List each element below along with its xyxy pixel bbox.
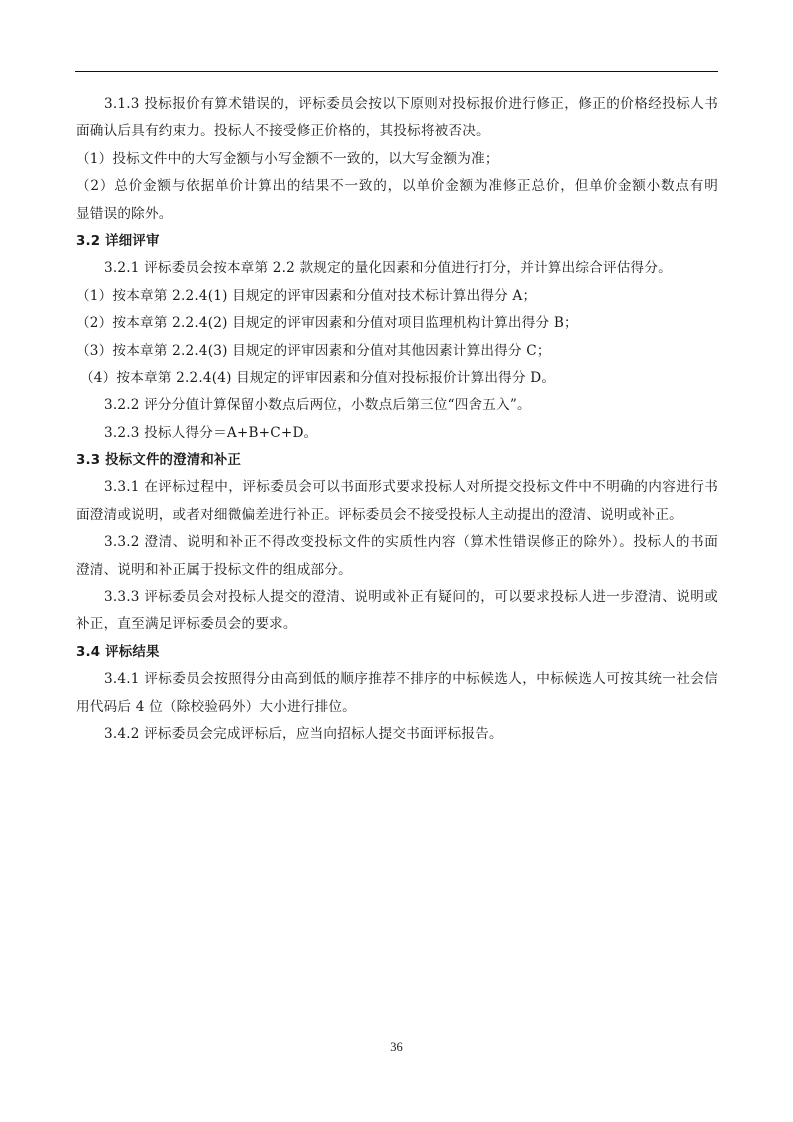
paragraph-3-2-3: 3.2.3 投标人得分＝A+B+C+D。 <box>76 420 718 447</box>
paragraph-3-1-3-line-1: 3.1.3 投标报价有算术错误的，评标委员会按以下原则对投标报价进行修正，修正的… <box>76 91 718 118</box>
section-heading-3-2: 3.2 详细评审 <box>76 228 718 255</box>
paragraph-3-3-3-line-1: 3.3.3 评标委员会对投标人提交的澄清、说明或补正有疑问的，可以要求投标人进一… <box>76 584 718 611</box>
list-item-score-a: （1）按本章第 2.2.4(1) 目规定的评审因素和分值对技术标计算出得分 A； <box>76 283 718 310</box>
list-item-2-line-2: 显错误的除外。 <box>76 201 718 228</box>
paragraph-3-4-1-line-2: 用代码后 4 位（除校验码外）大小进行排位。 <box>76 694 718 721</box>
paragraph-3-3-3-line-2: 补正，直至满足评标委员会的要求。 <box>76 611 718 638</box>
section-3-2: 3.2 详细评审 3.2.1 评标委员会按本章第 2.2 款规定的量化因素和分值… <box>76 228 718 447</box>
paragraph-3-4-1-line-1: 3.4.1 评标委员会按照得分由高到低的顺序推荐不排序的中标候选人，中标候选人可… <box>76 666 718 693</box>
section-3-3: 3.3 投标文件的澄清和补正 3.3.1 在评标过程中，评标委员会可以书面形式要… <box>76 447 718 639</box>
page-number: 36 <box>0 1040 793 1055</box>
list-item-2-line-1: （2）总价金额与依据单价计算出的结果不一致的，以单价金额为准修正总价，但单价金额… <box>76 173 718 200</box>
section-3-1-3: 3.1.3 投标报价有算术错误的，评标委员会按以下原则对投标报价进行修正，修正的… <box>76 91 718 228</box>
paragraph-3-3-1-line-2: 面澄清或说明，或者对细微偏差进行补正。评标委员会不接受投标人主动提出的澄清、说明… <box>76 502 718 529</box>
section-heading-3-3: 3.3 投标文件的澄清和补正 <box>76 447 718 474</box>
document-body: 3.1.3 投标报价有算术错误的，评标委员会按以下原则对投标报价进行修正，修正的… <box>76 91 718 748</box>
list-item-score-c: （3）按本章第 2.2.4(3) 目规定的评审因素和分值对其他因素计算出得分 C… <box>76 338 718 365</box>
paragraph-3-2-2: 3.2.2 评分分值计算保留小数点后两位，小数点后第三位“四舍五入”。 <box>76 392 718 419</box>
list-item-1: （1）投标文件中的大写金额与小写金额不一致的，以大写金额为准； <box>76 146 718 173</box>
paragraph-3-3-2-line-2: 澄清、说明和补正属于投标文件的组成部分。 <box>76 557 718 584</box>
paragraph-3-3-2-line-1: 3.3.2 澄清、说明和补正不得改变投标文件的实质性内容（算术性错误修正的除外）… <box>76 529 718 556</box>
header-rule <box>75 71 718 72</box>
section-3-4: 3.4 评标结果 3.4.1 评标委员会按照得分由高到低的顺序推荐不排序的中标候… <box>76 639 718 749</box>
section-heading-3-4: 3.4 评标结果 <box>76 639 718 666</box>
list-item-score-b: （2）按本章第 2.2.4(2) 目规定的评审因素和分值对项目监理机构计算出得分… <box>76 310 718 337</box>
paragraph-3-1-3-line-2: 面确认后具有约束力。投标人不接受修正价格的，其投标将被否决。 <box>76 118 718 145</box>
paragraph-3-4-2: 3.4.2 评标委员会完成评标后，应当向招标人提交书面评标报告。 <box>76 721 718 748</box>
paragraph-3-2-1: 3.2.1 评标委员会按本章第 2.2 款规定的量化因素和分值进行打分，并计算出… <box>76 255 718 282</box>
list-item-score-d: （4）按本章第 2.2.4(4) 目规定的评审因素和分值对投标报价计算出得分 D… <box>76 365 718 392</box>
paragraph-3-3-1-line-1: 3.3.1 在评标过程中，评标委员会可以书面形式要求投标人对所提交投标文件中不明… <box>76 474 718 501</box>
